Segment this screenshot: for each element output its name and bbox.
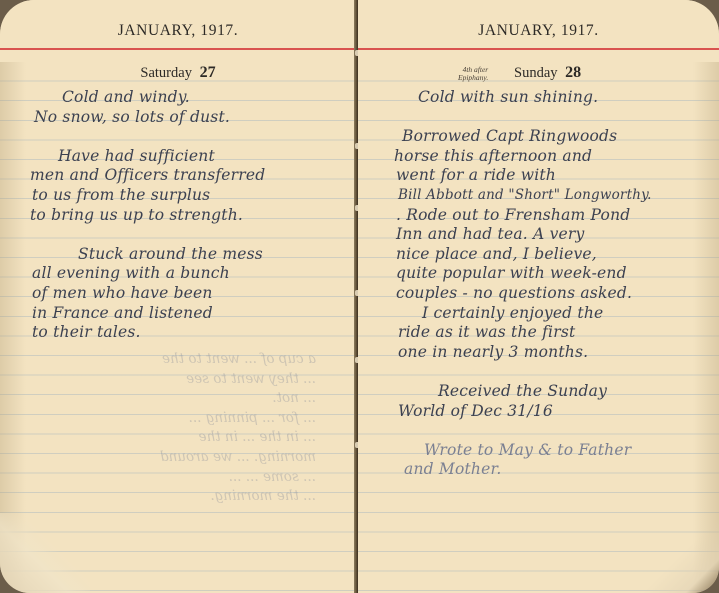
- diary-entry: Cold with sun shining. Borrowed Capt Rin…: [358, 88, 719, 480]
- entry-line: in France and listened: [0, 304, 356, 324]
- entry-line: nice place and, I believe,: [358, 245, 719, 265]
- entry-line: [0, 225, 356, 245]
- entry-line: Bill Abbott and "Short" Longworthy.: [358, 186, 719, 206]
- entry-line: [358, 362, 719, 382]
- entry-line: I certainly enjoyed the: [358, 304, 719, 324]
- entry-line: men and Officers transferred: [0, 166, 356, 186]
- day-name: Sunday: [514, 65, 558, 81]
- left-page: JANUARY, 1917. Saturday 27 a cup of ... …: [0, 0, 356, 593]
- liturgical-note-line: Epiphany.: [458, 74, 488, 82]
- diary-entry: Cold and windy. No snow, so lots of dust…: [0, 88, 356, 343]
- entry-line: . Rode out to Frensham Pond: [358, 206, 719, 226]
- month-header: JANUARY, 1917.: [358, 22, 719, 40]
- entry-line: Received the Sunday: [358, 382, 719, 402]
- entry-line: of men who have been: [0, 284, 356, 304]
- entry-line: Cold and windy.: [0, 88, 356, 108]
- bleed-line: ... the morning.: [40, 487, 316, 507]
- diary-spread: JANUARY, 1917. Saturday 27 a cup of ... …: [0, 0, 719, 593]
- page-corner-curl: [629, 513, 719, 593]
- entry-line: and Mother.: [358, 460, 719, 480]
- red-header-rule: [0, 48, 356, 50]
- entry-line: horse this afternoon and: [358, 147, 719, 167]
- liturgical-note: 4th after Epiphany.: [458, 66, 488, 82]
- entry-line: Have had sufficient: [0, 147, 356, 167]
- entry-line: quite popular with week-end: [358, 264, 719, 284]
- entry-line: to bring us up to strength.: [0, 206, 356, 226]
- bleed-line: ... for ... pinning ...: [40, 409, 316, 429]
- entry-line: all evening with a bunch: [0, 264, 356, 284]
- entry-line: World of Dec 31/16: [358, 402, 719, 422]
- bleed-line: morning. ... we around: [40, 448, 316, 468]
- entry-line: [358, 108, 719, 128]
- right-page: JANUARY, 1917. 4th after Epiphany. Sunda…: [358, 0, 719, 593]
- entry-line: went for a ride with: [358, 166, 719, 186]
- red-header-rule: [358, 48, 719, 50]
- month-header: JANUARY, 1917.: [0, 22, 356, 40]
- bleed-line: ... in the ... in the: [40, 428, 316, 448]
- day-number: 27: [200, 64, 216, 81]
- entry-line: Cold with sun shining.: [358, 88, 719, 108]
- bleed-line: ... some ... ...: [40, 468, 316, 488]
- entry-line: to us from the surplus: [0, 186, 356, 206]
- entry-line: [0, 127, 356, 147]
- entry-line: one in nearly 3 months.: [358, 343, 719, 363]
- entry-line: ride as it was the first: [358, 323, 719, 343]
- entry-line: Wrote to May & to Father: [358, 441, 719, 461]
- bleed-line: ... they went to see: [40, 370, 316, 390]
- day-header: Saturday 27: [0, 64, 356, 82]
- entry-line: Stuck around the mess: [0, 245, 356, 265]
- entry-line: couples - no questions asked.: [358, 284, 719, 304]
- day-header: Sunday 28: [514, 64, 719, 82]
- entry-line: Borrowed Capt Ringwoods: [358, 127, 719, 147]
- day-number: 28: [565, 64, 581, 81]
- bleed-through-text: a cup of ... went to the ... they went t…: [40, 350, 316, 507]
- day-name: Saturday: [140, 65, 192, 81]
- entry-line: to their tales.: [0, 323, 356, 343]
- page-corner-curl: [0, 513, 90, 593]
- entry-line: Inn and had tea. A very: [358, 225, 719, 245]
- bleed-line: ... not.: [40, 389, 316, 409]
- entry-line: [358, 421, 719, 441]
- bleed-line: a cup of ... went to the: [40, 350, 316, 370]
- entry-line: No snow, so lots of dust.: [0, 108, 356, 128]
